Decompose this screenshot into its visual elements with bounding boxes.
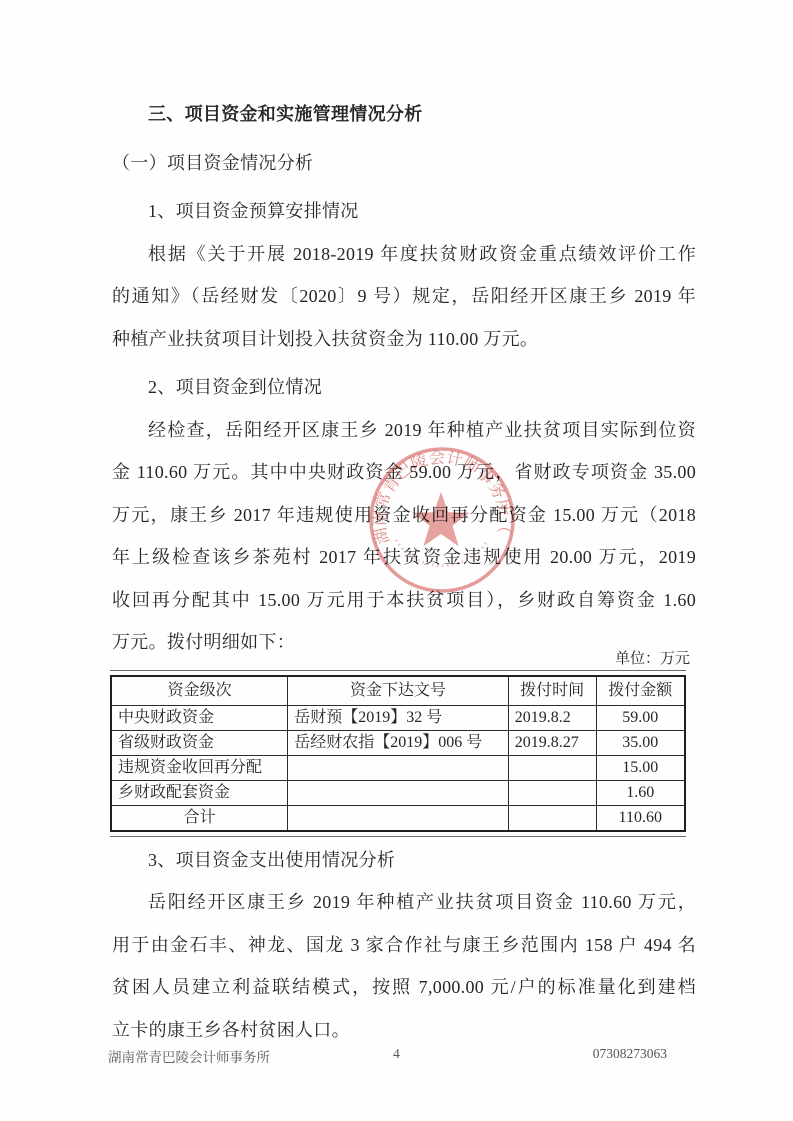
text-line: 种植产业扶贫项目计划投入扶贫资金为 110.00 万元。 bbox=[112, 318, 696, 361]
table-cell bbox=[288, 780, 508, 805]
table-cell: 110.60 bbox=[596, 805, 685, 831]
table-cell bbox=[288, 805, 508, 831]
paragraph-arrival: 经检查，岳阳经开区康王乡 2019 年种植产业扶贫项目实际到位资 金 110.6… bbox=[112, 409, 696, 664]
footer-code: 07308273063 bbox=[593, 1046, 667, 1062]
table-cell: 2019.8.27 bbox=[508, 730, 596, 755]
text-line: 根据《关于开展 2018-2019 年度扶贫财政资金重点绩效评价工作 bbox=[112, 233, 696, 276]
text-line: 收回再分配其中 15.00 万元用于本扶贫项目），乡财政自筹资金 1.60 bbox=[112, 579, 696, 622]
document-page: 三、项目资金和实施管理情况分析 （一）项目资金情况分析 1、项目资金预算安排情况… bbox=[0, 0, 793, 1121]
table-cell: 35.00 bbox=[596, 730, 685, 755]
text-line: 用于由金石丰、神龙、国龙 3 家合作社与康王乡范围内 158 户 494 名 bbox=[112, 924, 696, 967]
subsection-heading: （一）项目资金情况分析 bbox=[112, 142, 696, 185]
text-line: 的通知》（岳经财发〔2020〕9 号）规定，岳阳经开区康王乡 2019 年 bbox=[112, 275, 696, 318]
column-header: 资金下达文号 bbox=[288, 676, 508, 706]
column-header: 资金级次 bbox=[111, 676, 288, 706]
column-header: 拨付金额 bbox=[596, 676, 685, 706]
text-line: 金 110.60 万元。其中中央财政资金 59.00 万元，省财政专项资金 35… bbox=[112, 451, 696, 494]
text-line: 年上级检查该乡茶苑村 2017 年扶贫资金违规使用 20.00 万元，2019 bbox=[112, 536, 696, 579]
column-header: 拨付时间 bbox=[508, 676, 596, 706]
item-heading-arrival: 2、项目资金到位情况 bbox=[112, 366, 696, 409]
table-cell bbox=[508, 780, 596, 805]
table-cell: 合计 bbox=[111, 805, 288, 831]
table-cell: 省级财政资金 bbox=[111, 730, 288, 755]
page-footer: 湖南常青巴陵会计师事务所 4 07308273063 bbox=[0, 1046, 793, 1068]
table-row: 违规资金收回再分配 15.00 bbox=[111, 755, 685, 780]
table-cell: 乡财政配套资金 bbox=[111, 780, 288, 805]
paragraph-budget: 根据《关于开展 2018-2019 年度扶贫财政资金重点绩效评价工作 的通知》（… bbox=[112, 233, 696, 361]
item-heading-budget: 1、项目资金预算安排情况 bbox=[112, 190, 696, 233]
table-cell: 1.60 bbox=[596, 780, 685, 805]
table-cell: 中央财政资金 bbox=[111, 705, 288, 730]
table-cell bbox=[508, 805, 596, 831]
table-cell: 15.00 bbox=[596, 755, 685, 780]
footer-page-number: 4 bbox=[0, 1046, 793, 1062]
fund-table: 资金级次 资金下达文号 拨付时间 拨付金额 中央财政资金 岳财预【2019】32… bbox=[110, 675, 686, 832]
table-header-row: 资金级次 资金下达文号 拨付时间 拨付金额 bbox=[111, 676, 685, 706]
text-line: 万元，康王乡 2017 年违规使用资金收回再分配资金 15.00 万元（2018 bbox=[112, 494, 696, 537]
text-line: 贫困人员建立利益联结模式，按照 7,000.00 元/户的标准量化到建档 bbox=[112, 966, 696, 1009]
item-heading-spending: 3、项目资金支出使用情况分析 bbox=[112, 839, 696, 882]
table-cell: 岳财预【2019】32 号 bbox=[288, 705, 508, 730]
table-row: 中央财政资金 岳财预【2019】32 号 2019.8.2 59.00 bbox=[111, 705, 685, 730]
table-cell bbox=[288, 755, 508, 780]
text-line: 立卡的康王乡各村贫困人口。 bbox=[112, 1009, 696, 1052]
section-heading: 三、项目资金和实施管理情况分析 bbox=[112, 93, 696, 136]
table-cell bbox=[508, 755, 596, 780]
text-line: 岳阳经开区康王乡 2019 年种植产业扶贫项目资金 110.60 万元， bbox=[112, 881, 696, 924]
table-row: 省级财政资金 岳经财农指【2019】006 号 2019.8.27 35.00 bbox=[111, 730, 685, 755]
table-total-row: 合计 110.60 bbox=[111, 805, 685, 831]
table-row: 乡财政配套资金 1.60 bbox=[111, 780, 685, 805]
table-cell: 岳经财农指【2019】006 号 bbox=[288, 730, 508, 755]
text-line: 经检查，岳阳经开区康王乡 2019 年种植产业扶贫项目实际到位资 bbox=[112, 409, 696, 452]
paragraph-spending: 岳阳经开区康王乡 2019 年种植产业扶贫项目资金 110.60 万元， 用于由… bbox=[112, 881, 696, 1051]
document-content: 三、项目资金和实施管理情况分析 （一）项目资金情况分析 1、项目资金预算安排情况… bbox=[112, 0, 696, 1051]
table-cell: 59.00 bbox=[596, 705, 685, 730]
table-cell: 2019.8.2 bbox=[508, 705, 596, 730]
table-cell: 违规资金收回再分配 bbox=[111, 755, 288, 780]
fund-table-frame: 资金级次 资金下达文号 拨付时间 拨付金额 中央财政资金 岳财预【2019】32… bbox=[110, 670, 686, 837]
